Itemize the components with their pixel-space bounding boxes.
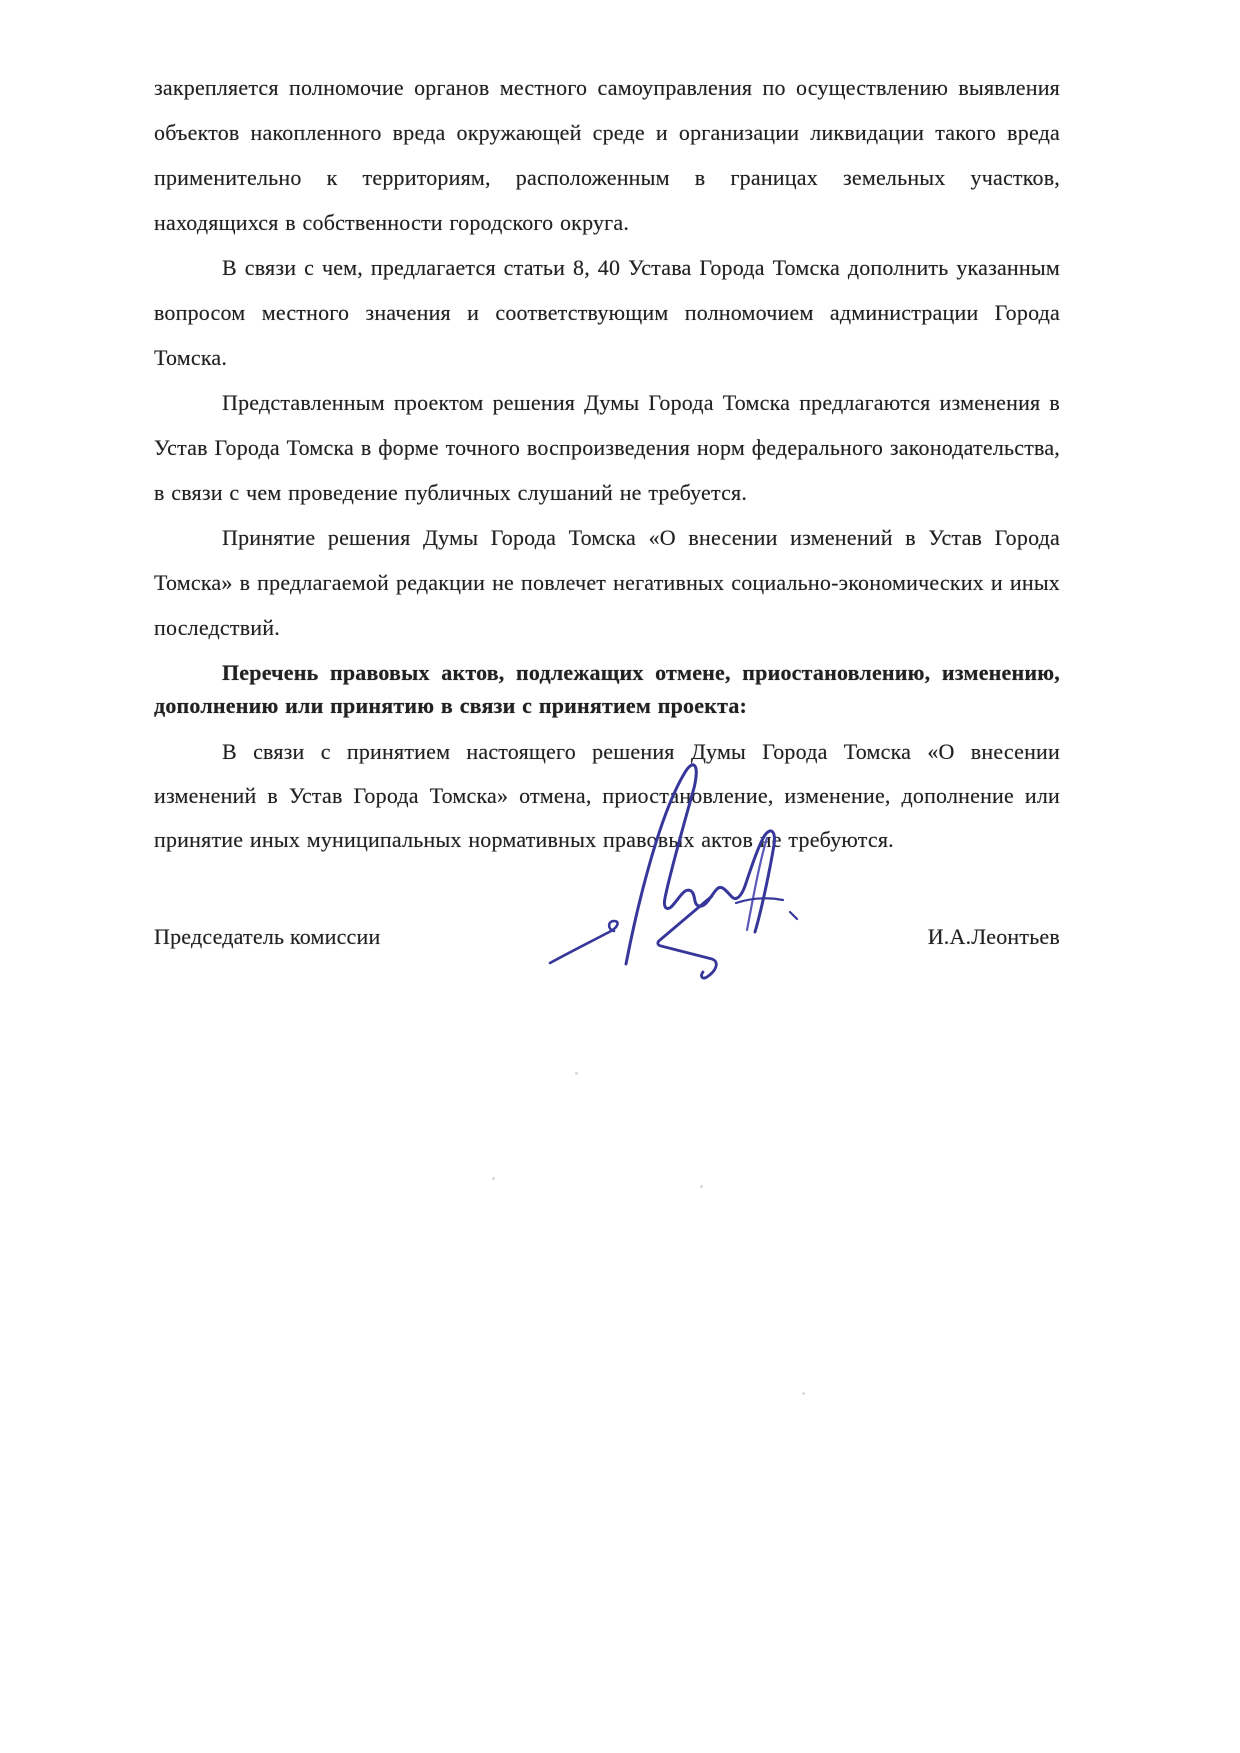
- paragraph-draft-decision: Представленным проектом решения Думы Гор…: [154, 380, 1060, 515]
- signer-name: И.А.Леонтьев: [928, 924, 1060, 950]
- scan-speck: [802, 1392, 805, 1395]
- scan-speck: [492, 1177, 495, 1180]
- paragraph-continuation: закрепляется полномочие органов местного…: [154, 65, 1060, 245]
- signature-main-flourish: [626, 765, 774, 964]
- handwritten-signature: [540, 750, 810, 985]
- section-heading-acts-list: Перечень правовых актов, подлежащих отме…: [154, 656, 1060, 722]
- scan-speck: [575, 1072, 578, 1075]
- paragraph-consequences: Принятие решения Думы Города Томска «О в…: [154, 515, 1060, 650]
- scan-speck: [700, 1185, 703, 1188]
- signature-left-dash: [550, 921, 618, 963]
- signature-right-dash: [736, 898, 797, 919]
- paragraph-proposal: В связи с чем, предлагается статьи 8, 40…: [154, 245, 1060, 380]
- signer-title: Председатель комиссии: [154, 924, 380, 950]
- document-page: закрепляется полномочие органов местного…: [0, 0, 1240, 1753]
